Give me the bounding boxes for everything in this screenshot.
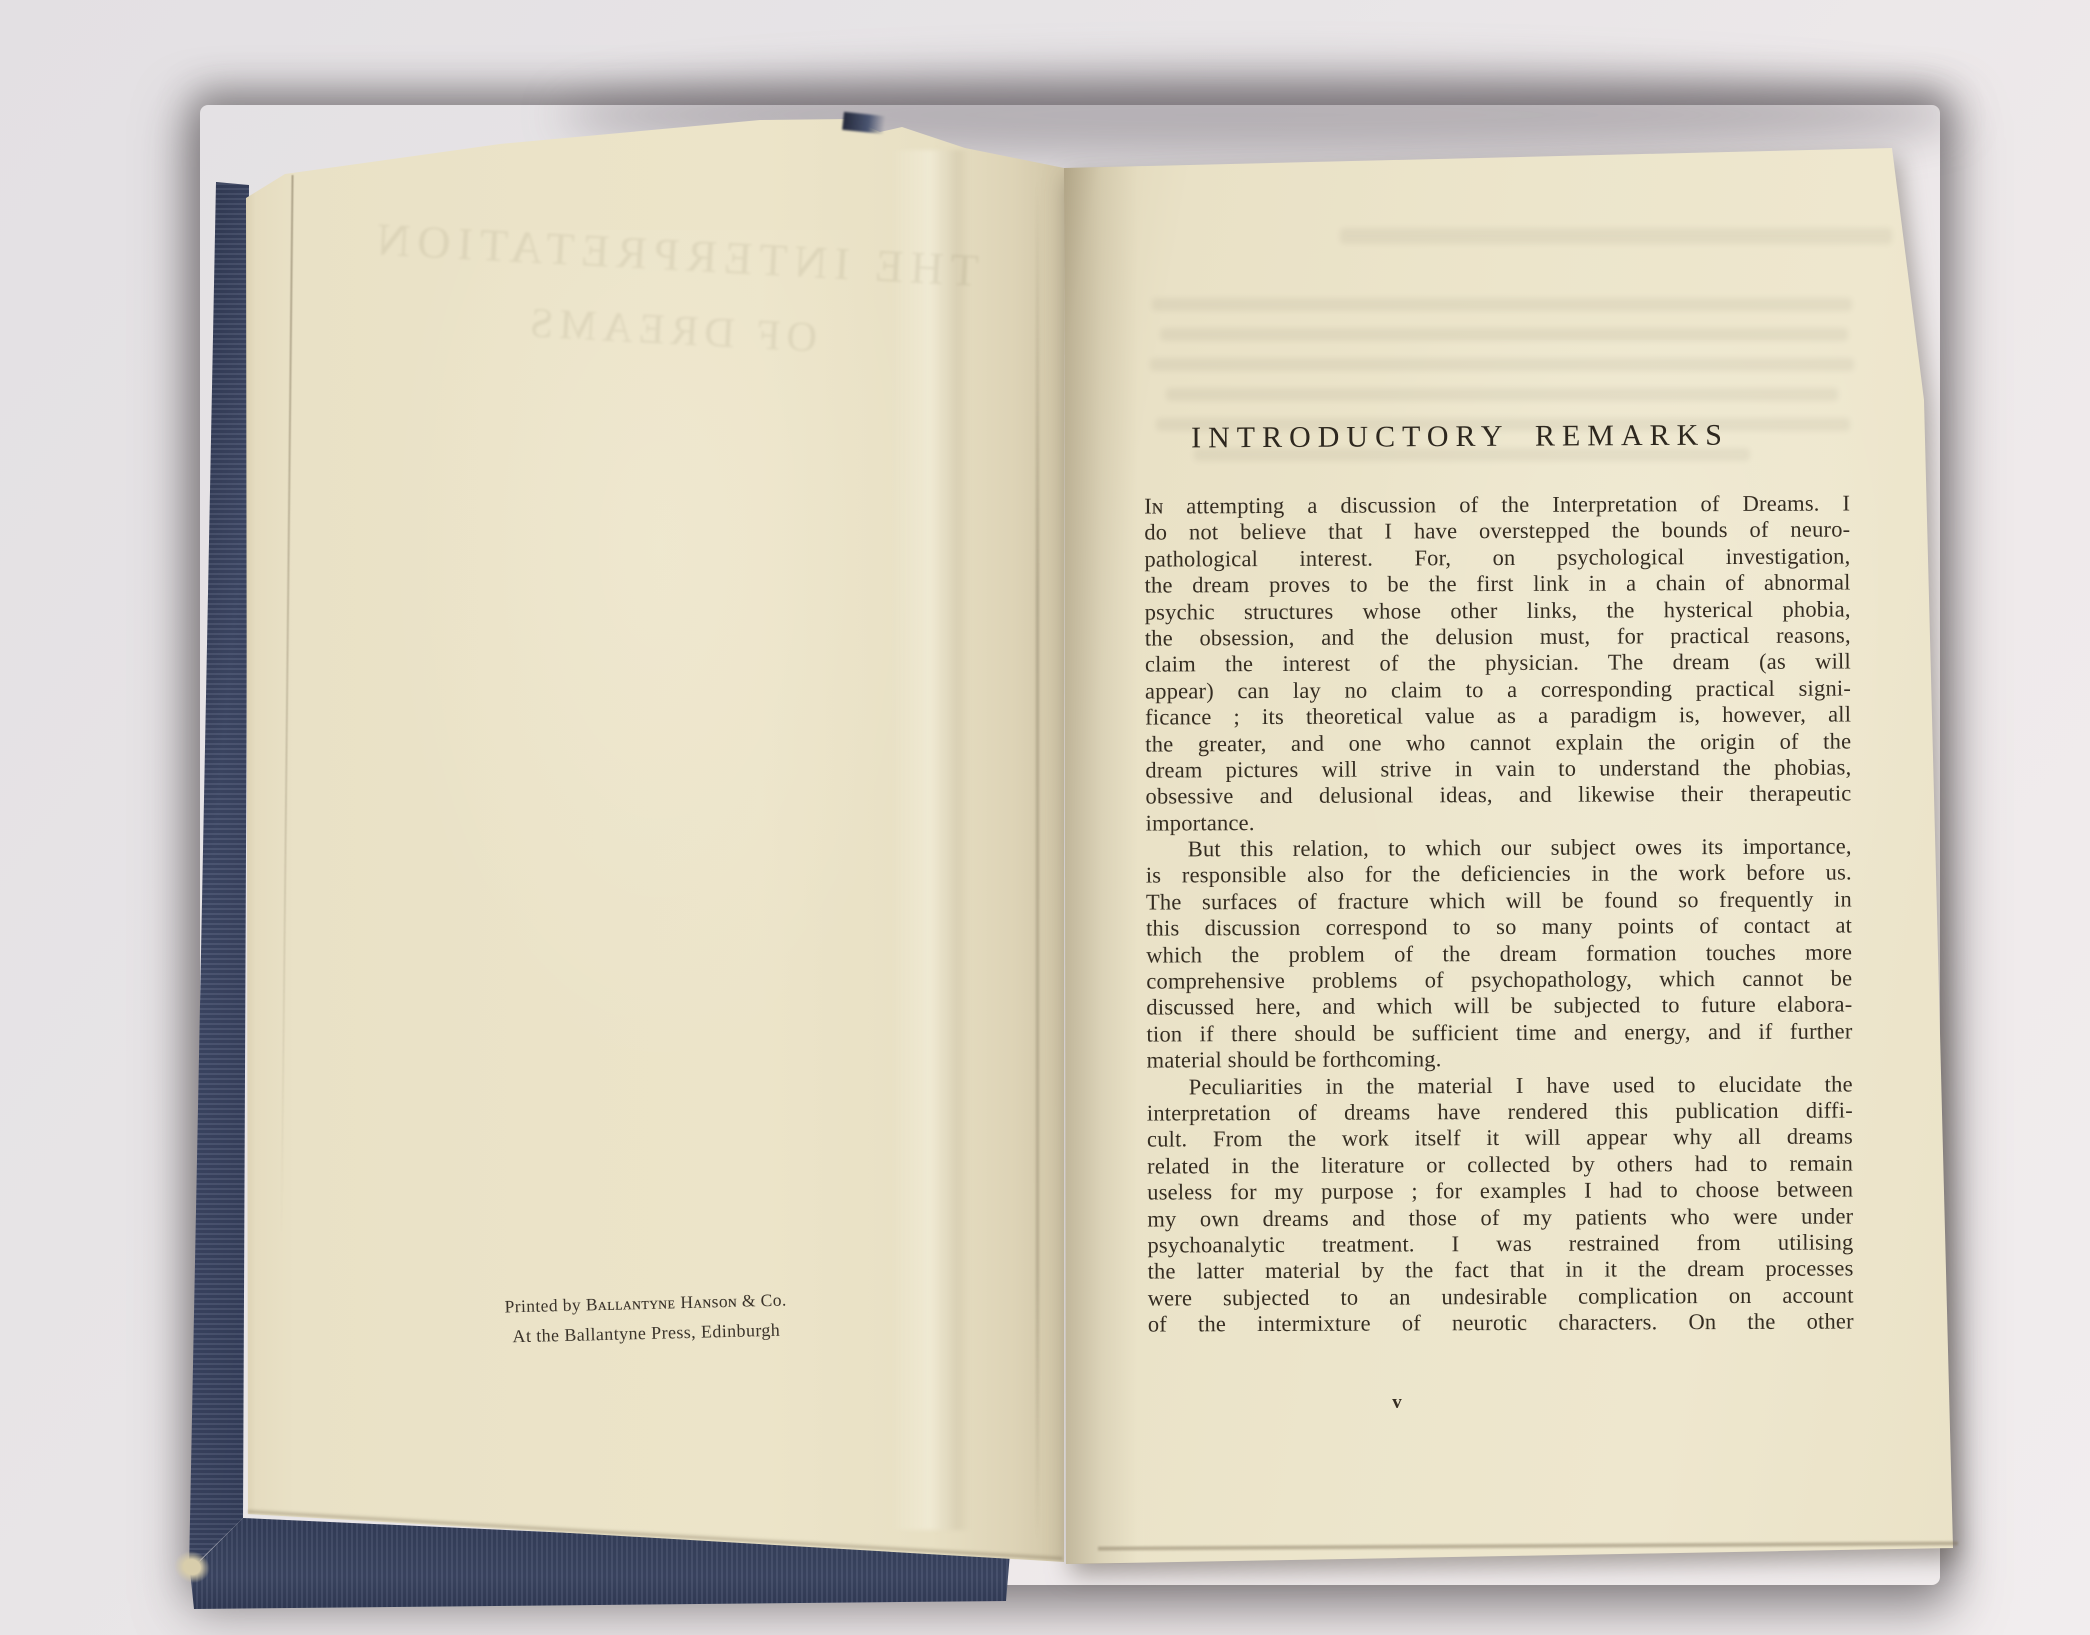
show-through-title: THE INTERPRETATION OF DREAMS [295, 209, 1045, 467]
body-line: discussed here, and which will be subjec… [1146, 992, 1852, 1021]
body-line: were subjected to an undesirable complic… [1148, 1282, 1854, 1311]
body-line: claim the interest of the physician. The… [1145, 649, 1851, 678]
body-text: Iɴ attempting a discussion of the Interp… [1144, 490, 1854, 1338]
page-heading: INTRODUCTORY REMARKS [1110, 418, 1810, 456]
body-line: But this relation, to which our subject … [1146, 834, 1852, 863]
show-through-title-line2: OF DREAMS [300, 288, 1041, 375]
body-line: is responsible also for the deficiencies… [1146, 860, 1852, 889]
body-line: related in the literature or collected b… [1147, 1150, 1853, 1179]
body-line: dream pictures will strive in vain to un… [1145, 754, 1851, 783]
body-line: pathological interest. For, on psycholog… [1144, 543, 1850, 572]
body-line: importance. [1146, 807, 1852, 836]
body-line: useless for my purpose ; for examples I … [1147, 1177, 1853, 1206]
body-line: Peculiarities in the material I have use… [1147, 1071, 1853, 1100]
body-line: psychoanalytic treatment. I was restrain… [1147, 1229, 1853, 1258]
body-line: cult. From the work itself it will appea… [1147, 1124, 1853, 1153]
printer-imprint: Printed by Bᴀʟʟᴀɴᴛʏɴᴇ Hᴀɴsᴏɴ & Cᴏ. At th… [449, 1283, 842, 1353]
body-line: psychic structures whose other links, th… [1145, 596, 1851, 625]
body-line: the obsession, and the delusion must, fo… [1145, 622, 1851, 651]
body-line: The surfaces of fracture which will be f… [1146, 886, 1852, 915]
body-line: interpretation of dreams have rendered t… [1147, 1097, 1853, 1126]
ghost-text-line [1166, 388, 1838, 401]
book-photo: THE INTERPRETATION OF DREAMS Printed by … [0, 0, 2090, 1635]
body-line: material should be forthcoming. [1147, 1045, 1853, 1074]
ghost-text-line [1340, 228, 1892, 244]
body-line: do not believe that I have overstepped t… [1144, 517, 1850, 546]
ghost-text-line [1150, 358, 1854, 371]
body-line: the dream proves to be the first link in… [1145, 570, 1851, 599]
body-line: obsessive and delusional ideas, and like… [1145, 781, 1851, 810]
body-line: comprehensive problems of psychopatholog… [1146, 965, 1852, 994]
body-line: tion if there should be sufficient time … [1146, 1018, 1852, 1047]
body-line: the greater, and one who cannot explain … [1145, 728, 1851, 757]
body-line: which the problem of the dream formation… [1146, 939, 1852, 968]
ghost-text-line [1160, 328, 1848, 341]
body-line: the latter material by the fact that in … [1148, 1256, 1854, 1285]
body-line: this discussion correspond to so many po… [1146, 913, 1852, 942]
body-line: Iɴ attempting a discussion of the Interp… [1144, 490, 1850, 519]
ghost-text-line [1152, 298, 1852, 311]
body-line: appear) can lay no claim to a correspond… [1145, 675, 1851, 704]
body-line: of the intermixture of neurotic characte… [1148, 1309, 1854, 1338]
page-number: v [1382, 1392, 1412, 1414]
body-line: my own dreams and those of my patients w… [1147, 1203, 1853, 1232]
body-line: ficance ; its theoretical value as a par… [1145, 702, 1851, 731]
right-page-gutter-shade [1058, 140, 1138, 1572]
